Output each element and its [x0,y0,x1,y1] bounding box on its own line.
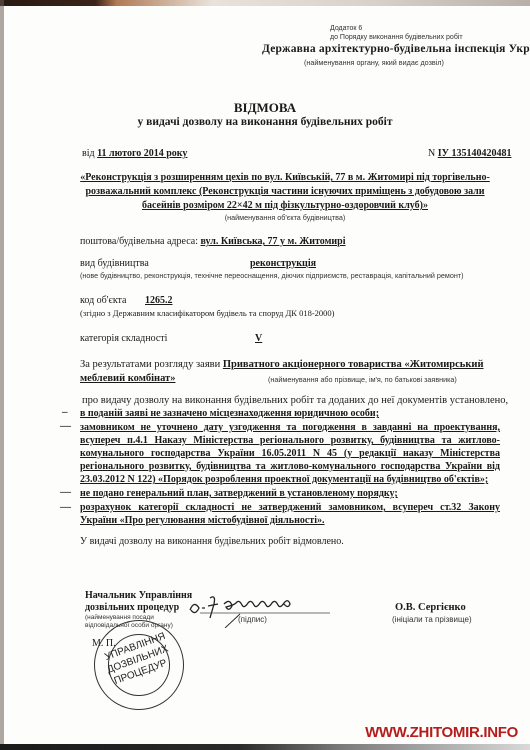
object-code-note: (згідно з Державним класифікатором будів… [80,308,335,318]
applicant-name-part-1: Приватного акціонерного товариства «Жито… [223,359,484,370]
complexity-value: V [255,333,262,345]
signer-position-line-2: дозвільних процедур [85,602,179,613]
number-row: N ІУ 135140420481 [428,148,511,160]
object-name-note: (найменування об'єкта будівництва) [70,213,500,222]
signer-position-line-1: Начальник Управління [85,590,192,601]
object-code-value: 1265.2 [145,295,173,307]
applicant-name-part-2: меблевий комбінат» [80,372,175,385]
date-row: від 11 лютого 2014 року [82,148,187,160]
scan-edge-top [0,0,530,6]
signature-note: (підпис) [238,615,267,624]
bullet-dash: — [60,486,71,498]
document-subtitle: у видачі дозволу на виконання будівельни… [0,116,530,128]
appendix-reference: до Порядку виконання будівельних робіт [330,33,463,42]
authority-note: (найменування органу, який видає дозвіл) [304,58,444,67]
applicant-intro: За результатами розгляду заяви [80,359,220,370]
finding-line: 23.03.2012 N 122) «Порядок розроблення п… [80,474,488,486]
finding-line: розрахунок категорії складності не затве… [80,502,500,514]
finding-line: не подано генеральний план, затверджений… [80,488,398,500]
address-row: поштова/будівельна адреса: вул. Київська… [80,236,346,248]
address-value: вул. Київська, 77 у м. Житомирі [200,236,345,247]
complexity-label: категорія складності [80,333,167,345]
object-code-label: код об'єкта [80,295,127,307]
object-name-line-1: «Реконструкція з розширенням цехів по ву… [70,172,500,184]
finding-line: комунального господарства України 16.05.… [80,448,500,460]
finding-line: замовником не уточнено дату узгодження т… [80,422,500,434]
finding-line: регіонального розвитку, будівництва та ж… [80,461,500,473]
issuing-authority: Державна архітектурно-будівельна інспекц… [262,43,530,55]
refusal-conclusion: У видачі дозволу на виконання будівельни… [80,536,344,548]
number-prefix: N [428,148,435,159]
site-watermark: WWW.ZHITOMIR.INFO [365,724,518,741]
signer-name: О.В. Сергієнко [395,602,466,613]
address-label: поштова/будівельна адреса: [80,236,198,247]
finding-line: всупереч п.4.1 Наказу Міністерства регіо… [80,435,500,447]
construction-type-note: (нове будівництво, реконструкція, техніч… [80,271,463,280]
date-prefix: від [82,148,95,159]
construction-type-label: вид будівництва [80,258,149,270]
object-name-line-3: басейнів розміром 22×42 м під фізкультур… [70,200,500,212]
object-name-line-2: розважальний комплекс (Реконструкція час… [70,186,500,198]
applicant-row: За результатами розгляду заяви Приватног… [80,358,484,371]
finding-line: України «Про регулювання містобудівної д… [80,515,324,527]
construction-type-value: реконструкція [250,258,316,270]
finding-line: в поданій заяві не зазначено місцезнаход… [80,408,379,420]
appendix-number: Додаток 6 [330,24,362,33]
bullet-dash: – [62,406,68,418]
findings-intro: про видачу дозволу на виконання будівель… [82,394,508,407]
document-title: ВІДМОВА [0,100,530,116]
bullet-dash: — [60,420,71,432]
scan-edge-bottom [0,744,530,750]
applicant-note: (найменування або прізвище, ім'я, по бат… [268,375,457,384]
signer-name-note: (ініціали та прізвище) [392,615,472,624]
issue-date: 11 лютого 2014 року [97,148,187,159]
bullet-dash: — [60,501,71,513]
document-number: ІУ 135140420481 [438,148,512,159]
